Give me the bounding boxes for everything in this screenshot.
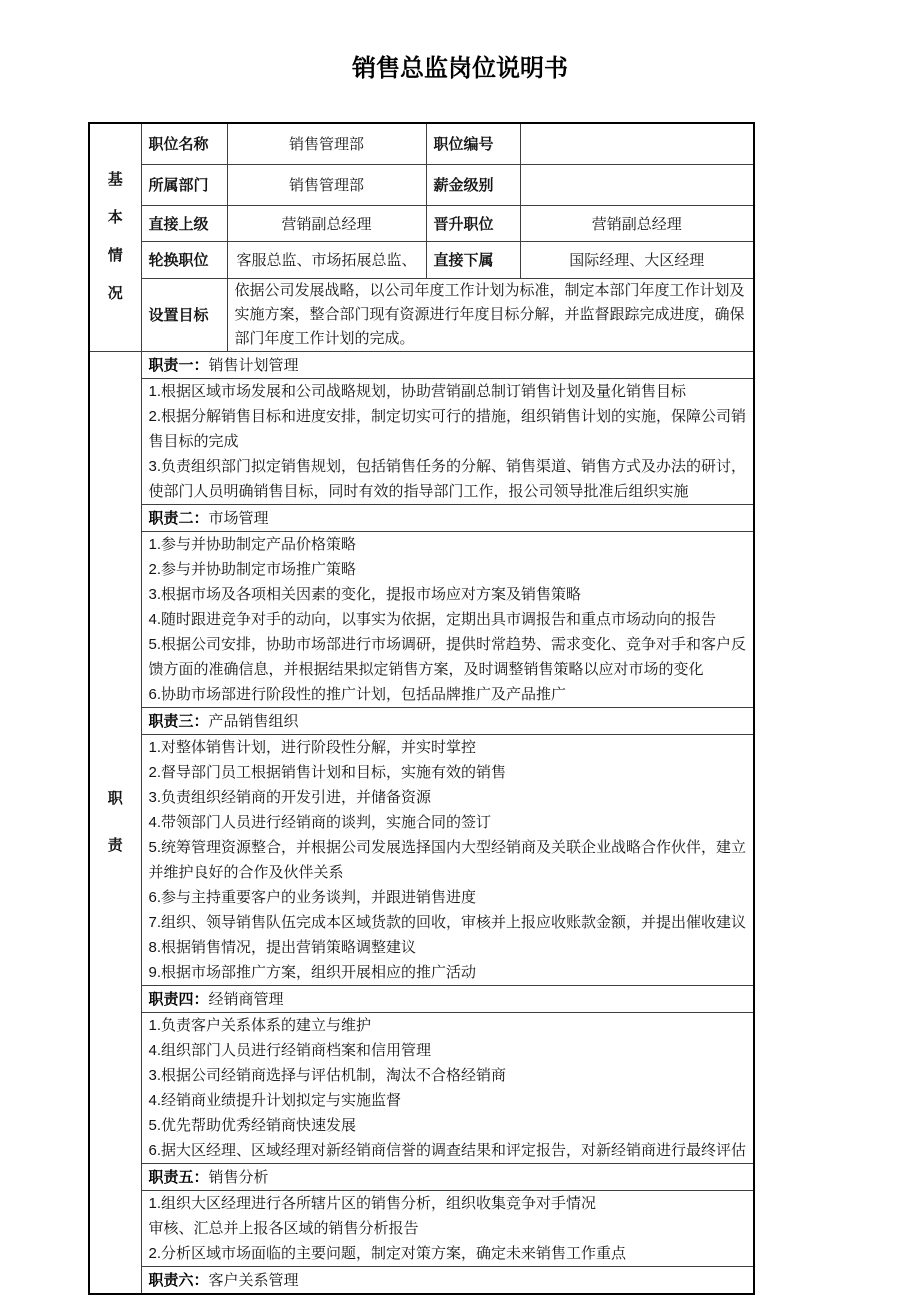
- field-value-position-name: 销售管理部: [227, 123, 426, 164]
- duty-item: 1.根据区域市场发展和公司战略规划，协助营销副总制订销售计划及量化销售目标: [149, 379, 747, 404]
- document-title: 销售总监岗位说明书: [0, 0, 920, 86]
- field-value-goal: 依据公司发展战略，以公司年度工作计划为标准，制定本部门年度工作计划及实施方案，整…: [227, 278, 754, 351]
- duty-header-row: 职责六：客户关系管理: [89, 1266, 754, 1294]
- basic-info-row: 直接上级 营销副总经理 晋升职位 营销副总经理: [89, 205, 754, 241]
- duty-item: 2.参与并协助制定市场推广策略: [149, 557, 747, 582]
- duty-section-name: 市场管理: [209, 510, 269, 527]
- duty-section-name: 客户关系管理: [209, 1272, 299, 1289]
- field-value-position-number: [520, 123, 754, 164]
- duty-item: 5.统筹管理资源整合，并根据公司发展选择国内大型经销商及关联企业战略合作伙伴，建…: [149, 835, 747, 885]
- duty-item: 1.参与并协助制定产品价格策略: [149, 532, 747, 557]
- field-label-salary-grade: 薪金级别: [426, 164, 520, 205]
- duty-item: 7.组织、领导销售队伍完成本区域货款的回收，审核并上报应收账款金额，并提出催收建…: [149, 910, 747, 935]
- duty-items-cell: 1.组织大区经理进行各所辖片区的销售分析，组织收集竞争对手情况审核、汇总并上报各…: [141, 1190, 754, 1266]
- duty-items-cell: 1.根据区域市场发展和公司战略规划，协助营销副总制订销售计划及量化销售目标2.根…: [141, 378, 754, 504]
- duty-item: 2.督导部门员工根据销售计划和目标，实施有效的销售: [149, 760, 747, 785]
- duty-item: 6.协助市场部进行阶段性的推广计划，包括品牌推广及产品推广: [149, 682, 747, 707]
- duty-section-label: 职责一：: [149, 357, 209, 374]
- duty-item: 1.对整体销售计划，进行阶段性分解，并实时掌控: [149, 735, 747, 760]
- duty-header-row: 职责三：产品销售组织: [89, 707, 754, 734]
- duty-section-label: 职责二：: [149, 510, 209, 527]
- duty-section-title: 职责四：经销商管理: [141, 985, 754, 1012]
- job-description-table: 基本情况 职位名称 销售管理部 职位编号 所属部门 销售管理部 薪金级别 直接上…: [88, 122, 755, 1295]
- goal-row: 设置目标 依据公司发展战略，以公司年度工作计划为标准，制定本部门年度工作计划及实…: [89, 278, 754, 351]
- field-label-direct-subordinates: 直接下属: [426, 241, 520, 278]
- duty-item: 3.负责组织部门拟定销售规划，包括销售任务的分解、销售渠道、销售方式及办法的研讨…: [149, 454, 747, 504]
- duty-item: 5.优先帮助优秀经销商快速发展: [149, 1113, 747, 1138]
- duty-item: 8.根据销售情况，提出营销策略调整建议: [149, 935, 747, 960]
- field-value-department: 销售管理部: [227, 164, 426, 205]
- duty-item: 6.参与主持重要客户的业务谈判，并跟进销售进度: [149, 885, 747, 910]
- duty-section-name: 销售计划管理: [209, 357, 299, 374]
- duty-section-title: 职责五：销售分析: [141, 1163, 754, 1190]
- duty-item: 4.经销商业绩提升计划拟定与实施监督: [149, 1088, 747, 1113]
- basic-info-row: 所属部门 销售管理部 薪金级别: [89, 164, 754, 205]
- duty-items-cell: 1.参与并协助制定产品价格策略2.参与并协助制定市场推广策略3.根据市场及各项相…: [141, 531, 754, 707]
- duties-section-label: 职责: [89, 351, 141, 1294]
- duty-item: 3.负责组织经销商的开发引进，并储备资源: [149, 785, 747, 810]
- duty-content-row: 1.根据区域市场发展和公司战略规划，协助营销副总制订销售计划及量化销售目标2.根…: [89, 378, 754, 504]
- field-label-department: 所属部门: [141, 164, 227, 205]
- duty-item: 4.组织部门人员进行经销商档案和信用管理: [149, 1038, 747, 1063]
- duty-section-name: 销售分析: [209, 1169, 269, 1186]
- duties-tbody: 职责职责一：销售计划管理1.根据区域市场发展和公司战略规划，协助营销副总制订销售…: [89, 351, 754, 1294]
- field-label-rotation-position: 轮换职位: [141, 241, 227, 278]
- duty-section-title: 职责六：客户关系管理: [141, 1266, 754, 1294]
- field-value-salary-grade: [520, 164, 754, 205]
- field-value-promotion-position: 营销副总经理: [520, 205, 754, 241]
- duty-section-label: 职责六：: [149, 1272, 209, 1289]
- duty-header-row: 职责五：销售分析: [89, 1163, 754, 1190]
- duty-content-row: 1.负责客户关系体系的建立与维护4.组织部门人员进行经销商档案和信用管理3.根据…: [89, 1012, 754, 1163]
- duty-item: 1.组织大区经理进行各所辖片区的销售分析，组织收集竞争对手情况: [149, 1191, 747, 1216]
- duty-content-row: 1.参与并协助制定产品价格策略2.参与并协助制定市场推广策略3.根据市场及各项相…: [89, 531, 754, 707]
- duty-item: 1.负责客户关系体系的建立与维护: [149, 1013, 747, 1038]
- duty-section-label: 职责四：: [149, 991, 209, 1008]
- field-value-direct-superior: 营销副总经理: [227, 205, 426, 241]
- document-page: 销售总监岗位说明书 基本情况 职位名称 销售管理部 职位编号 所属部门 销售管理…: [0, 0, 920, 1302]
- duty-header-row: 职责四：经销商管理: [89, 985, 754, 1012]
- duty-item: 3.根据公司经销商选择与评估机制，淘汰不合格经销商: [149, 1063, 747, 1088]
- duty-section-name: 经销商管理: [209, 991, 284, 1008]
- duty-content-row: 1.对整体销售计划，进行阶段性分解，并实时掌控2.督导部门员工根据销售计划和目标…: [89, 734, 754, 985]
- duty-items-cell: 1.负责客户关系体系的建立与维护4.组织部门人员进行经销商档案和信用管理3.根据…: [141, 1012, 754, 1163]
- duty-item: 4.带领部门人员进行经销商的谈判，实施合同的签订: [149, 810, 747, 835]
- duty-section-title: 职责一：销售计划管理: [141, 351, 754, 378]
- field-label-position-name: 职位名称: [141, 123, 227, 164]
- field-value-direct-subordinates: 国际经理、大区经理: [520, 241, 754, 278]
- duty-header-row: 职责职责一：销售计划管理: [89, 351, 754, 378]
- field-label-position-number: 职位编号: [426, 123, 520, 164]
- duty-item: 6.据大区经理、区域经理对新经销商信誉的调查结果和评定报告，对新经销商进行最终评…: [149, 1138, 747, 1163]
- field-label-goal: 设置目标: [141, 278, 227, 351]
- duty-section-title: 职责二：市场管理: [141, 504, 754, 531]
- basic-info-row: 轮换职位 客服总监、市场拓展总监、 直接下属 国际经理、大区经理: [89, 241, 754, 278]
- basic-info-section-label: 基本情况: [89, 123, 141, 351]
- basic-info-tbody: 基本情况 职位名称 销售管理部 职位编号 所属部门 销售管理部 薪金级别 直接上…: [89, 123, 754, 351]
- duty-section-title: 职责三：产品销售组织: [141, 707, 754, 734]
- duty-item: 9.根据市场部推广方案，组织开展相应的推广活动: [149, 960, 747, 985]
- duty-section-label: 职责五：: [149, 1169, 209, 1186]
- duty-item: 2.根据分解销售目标和进度安排，制定切实可行的措施，组织销售计划的实施，保障公司…: [149, 404, 747, 454]
- duty-header-row: 职责二：市场管理: [89, 504, 754, 531]
- basic-info-row: 基本情况 职位名称 销售管理部 职位编号: [89, 123, 754, 164]
- field-label-direct-superior: 直接上级: [141, 205, 227, 241]
- duty-items-cell: 1.对整体销售计划，进行阶段性分解，并实时掌控2.督导部门员工根据销售计划和目标…: [141, 734, 754, 985]
- duty-item: 3.根据市场及各项相关因素的变化，提报市场应对方案及销售策略: [149, 582, 747, 607]
- field-label-promotion-position: 晋升职位: [426, 205, 520, 241]
- duty-item: 2.分析区域市场面临的主要问题，制定对策方案，确定未来销售工作重点: [149, 1241, 747, 1266]
- duty-content-row: 1.组织大区经理进行各所辖片区的销售分析，组织收集竞争对手情况审核、汇总并上报各…: [89, 1190, 754, 1266]
- duty-item: 4.随时跟进竞争对手的动向，以事实为依据，定期出具市调报告和重点市场动向的报告: [149, 607, 747, 632]
- field-value-rotation-position: 客服总监、市场拓展总监、: [227, 241, 426, 278]
- duty-section-label: 职责三：: [149, 713, 209, 730]
- duty-item: 审核、汇总并上报各区域的销售分析报告: [149, 1216, 747, 1241]
- duty-section-name: 产品销售组织: [209, 713, 299, 730]
- duty-item: 5.根据公司安排，协助市场部进行市场调研，提供时常趋势、需求变化、竞争对手和客户…: [149, 632, 747, 682]
